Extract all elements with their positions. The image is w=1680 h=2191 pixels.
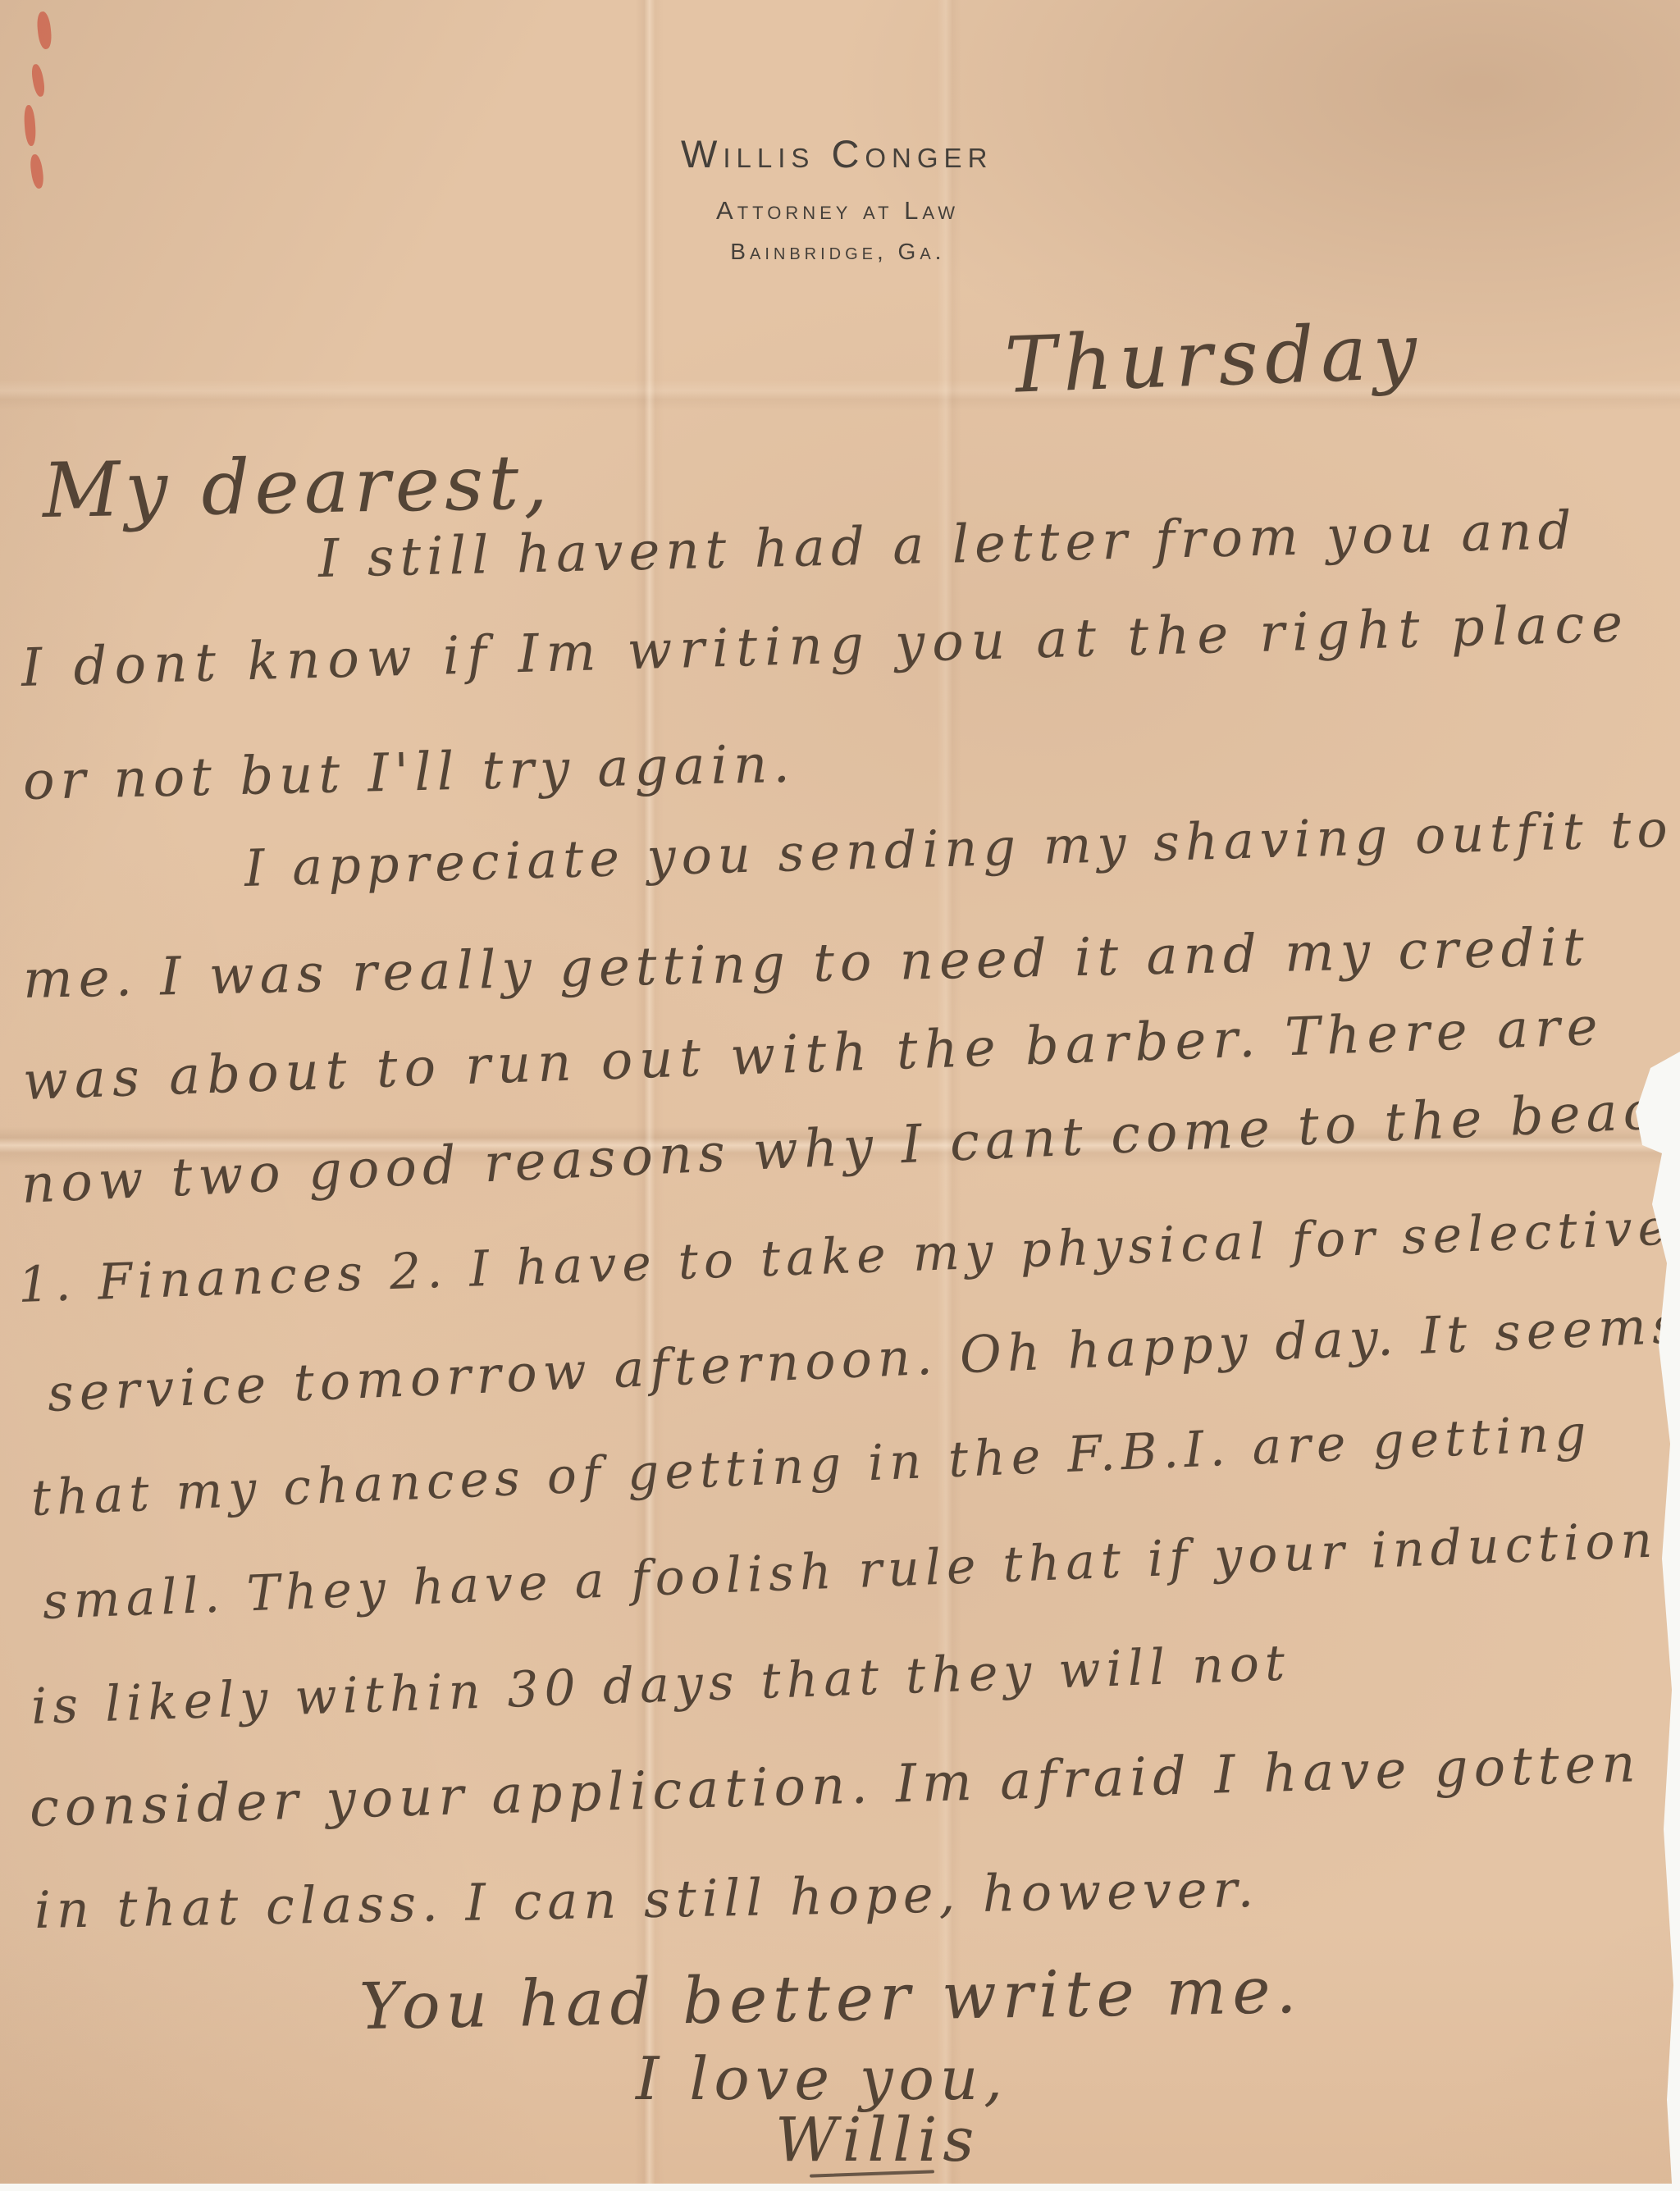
letter-line: service tomorrow afternoon. Oh happy day… xyxy=(46,1294,1680,1423)
red-edge-mark xyxy=(30,63,47,98)
letter-line: in that class. I can still hope, however… xyxy=(34,1859,1259,1940)
date-line: Thursday xyxy=(1003,307,1425,411)
letter-line: is likely within 30 days that they will … xyxy=(30,1634,1291,1736)
letterhead-location: Bainbridge, Ga. xyxy=(730,239,945,265)
letter-line: I dont know if Im writing you at the rig… xyxy=(21,593,1631,699)
valediction: I love you, xyxy=(636,2044,1008,2113)
letter-line: consider your application. Im afraid I h… xyxy=(29,1733,1642,1839)
red-edge-mark xyxy=(36,11,53,49)
letter-line: or not but I'll try again. xyxy=(22,734,796,812)
closing-line: You had better write me. xyxy=(358,1954,1303,2044)
letter-line: that my chances of getting in the F.B.I.… xyxy=(30,1404,1593,1527)
letterhead-name: Willis Conger xyxy=(681,131,993,176)
red-edge-mark xyxy=(29,153,45,189)
letter-paper: Willis Conger Attorney at Law Bainbridge… xyxy=(0,0,1680,2184)
salutation: My dearest, xyxy=(42,438,553,535)
red-edge-mark xyxy=(23,105,36,147)
letter-line: me. I was really getting to need it and … xyxy=(22,917,1590,1011)
letter-line: 1. Finances 2. I have to take my physica… xyxy=(17,1199,1673,1314)
letter-line: I appreciate you sending my shaving outf… xyxy=(244,798,1674,898)
signature: Willis xyxy=(775,2105,979,2175)
letterhead-title: Attorney at Law xyxy=(716,196,959,226)
letter-line: small. They have a foolish rule that if … xyxy=(42,1511,1659,1631)
